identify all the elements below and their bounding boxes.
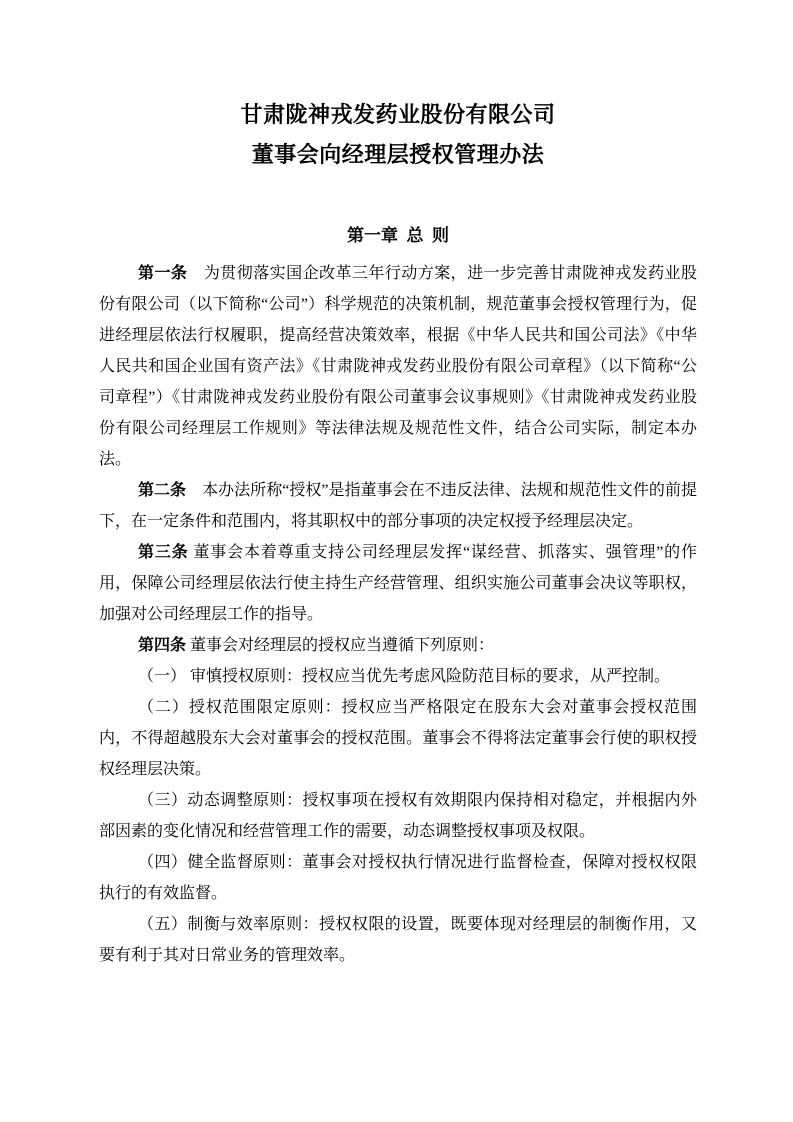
document-title: 甘肃陇神戎发药业股份有限公司 董事会向经理层授权管理办法 xyxy=(99,95,697,175)
article-label: 第四条 xyxy=(138,637,186,654)
article-paragraph-3: 第三条 董事会本着尊重支持公司经理层发挥“谋经营、抓落实、强管理”的作用，保障公… xyxy=(99,537,697,630)
principle-item-4: （四）健全监督原则：董事会对授权执行情况进行监督检查，保障对授权权限执行的有效监… xyxy=(99,847,697,909)
document-body: 第一条 为贯彻落实国企改革三年行动方案，进一步完善甘肃陇神戎发药业股份有限公司（… xyxy=(99,258,697,971)
article-label: 第一条 xyxy=(138,265,187,282)
article-text: （一） 审慎授权原则：授权应当优先考虑风险防范目标的要求，从严控制。 xyxy=(138,668,670,685)
article-text: （五）制衡与效率原则：授权权限的设置，既要体现对经理层的制衡作用，又要有利于其对… xyxy=(99,916,697,964)
article-text: （三）动态调整原则：授权事项在授权有效期限内保持相对稳定，并根据内外部因素的变化… xyxy=(99,792,697,840)
article-text: （四）健全监督原则：董事会对授权执行情况进行监督检查，保障对授权权限执行的有效监… xyxy=(99,854,697,902)
article-paragraph-2: 第二条 本办法所称“授权”是指董事会在不违反法律、法规和规范性文件的前提下，在一… xyxy=(99,475,697,537)
article-label: 第二条 xyxy=(138,482,186,499)
document-title-line1: 甘肃陇神戎发药业股份有限公司 xyxy=(99,95,697,135)
chapter-heading: 第一章 总 则 xyxy=(99,222,697,249)
article-paragraph-1: 第一条 为贯彻落实国企改革三年行动方案，进一步完善甘肃陇神戎发药业股份有限公司（… xyxy=(99,258,697,475)
principle-item-1: （一） 审慎授权原则：授权应当优先考虑风险防范目标的要求，从严控制。 xyxy=(99,661,697,692)
article-paragraph-4: 第四条 董事会对经理层的授权应当遵循下列原则： xyxy=(99,630,697,661)
article-text: 董事会对经理层的授权应当遵循下列原则： xyxy=(190,637,494,654)
document-title-line2: 董事会向经理层授权管理办法 xyxy=(99,135,697,175)
principle-item-3: （三）动态调整原则：授权事项在授权有效期限内保持相对稳定，并根据内外部因素的变化… xyxy=(99,785,697,847)
principle-item-5: （五）制衡与效率原则：授权权限的设置，既要体现对经理层的制衡作用，又要有利于其对… xyxy=(99,909,697,971)
document-page: 甘肃陇神戎发药业股份有限公司 董事会向经理层授权管理办法 第一章 总 则 第一条… xyxy=(0,0,793,1122)
article-text: （二）授权范围限定原则：授权应当严格限定在股东大会对董事会授权范围内，不得超越股… xyxy=(99,699,697,778)
article-text: 为贯彻落实国企改革三年行动方案，进一步完善甘肃陇神戎发药业股份有限公司（以下简称… xyxy=(99,265,697,468)
article-separator xyxy=(186,482,202,499)
article-label: 第三条 xyxy=(138,544,189,561)
principle-item-2: （二）授权范围限定原则：授权应当严格限定在股东大会对董事会授权范围内，不得超越股… xyxy=(99,692,697,785)
article-separator xyxy=(187,265,203,282)
